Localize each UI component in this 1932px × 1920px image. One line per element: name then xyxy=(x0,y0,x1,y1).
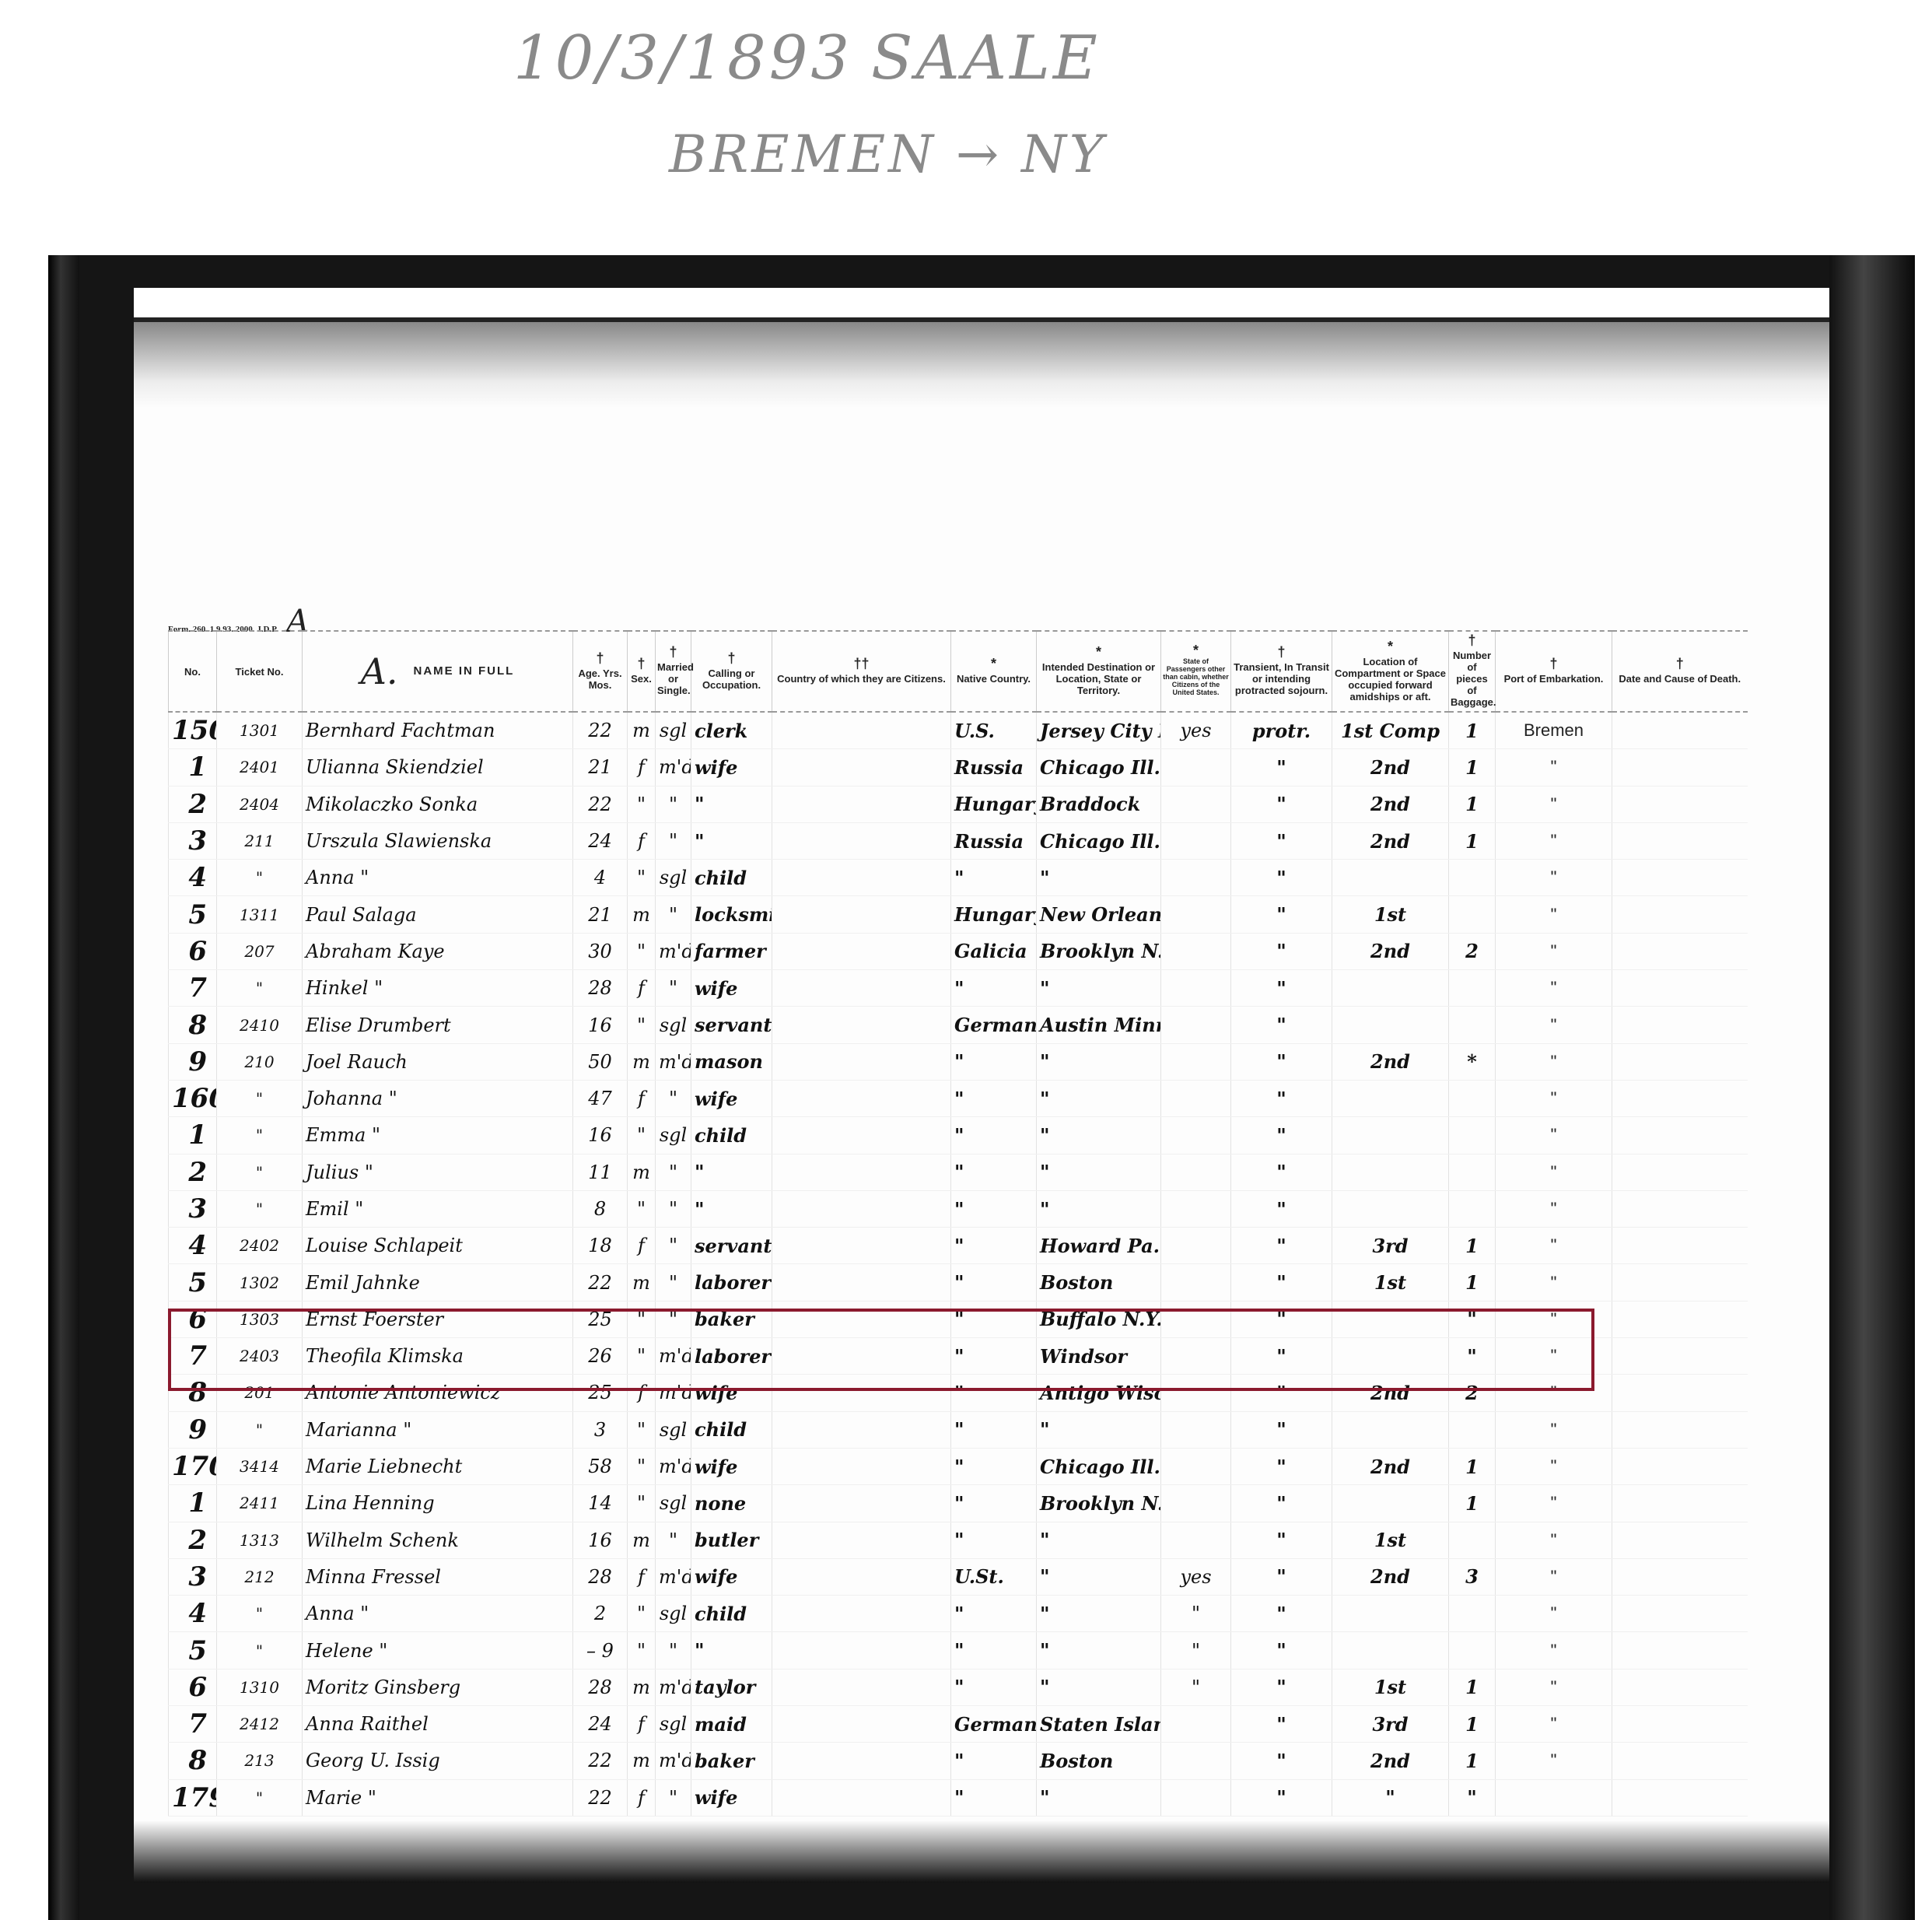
cell-baggage: 1 xyxy=(1449,749,1496,786)
cell-destination: " xyxy=(1037,1522,1161,1558)
cell-ticket: " xyxy=(217,1411,303,1448)
cell-citizen xyxy=(772,970,951,1007)
cell-location xyxy=(1332,1411,1449,1448)
cell-transient: " xyxy=(1231,1669,1332,1705)
cell-no: 9 xyxy=(169,1043,217,1080)
cell-calling: wife xyxy=(691,1080,772,1116)
cell-age: 4 xyxy=(573,860,628,896)
cell-calling: taylor xyxy=(691,1669,772,1705)
cell-port: " xyxy=(1496,1632,1612,1669)
cell-death xyxy=(1612,1411,1748,1448)
cell-age: 28 xyxy=(573,1669,628,1705)
cell-port: " xyxy=(1496,1448,1612,1484)
cell-baggage xyxy=(1449,1154,1496,1190)
cell-citizen xyxy=(772,786,951,822)
cell-no: 3 xyxy=(169,1558,217,1595)
cell-state xyxy=(1161,970,1231,1007)
cell-age: 14 xyxy=(573,1485,628,1522)
cell-name: Hinkel " xyxy=(303,970,573,1007)
cell-state xyxy=(1161,1706,1231,1743)
cell-state xyxy=(1161,1043,1231,1080)
cell-sex: f xyxy=(628,1706,656,1743)
cell-age: 22 xyxy=(573,712,628,749)
table-row: 1703414Marie Liebnecht58"m'dwife"Chicago… xyxy=(169,1448,1748,1484)
cell-no: 5 xyxy=(169,1264,217,1301)
cell-no: 160 xyxy=(169,1080,217,1116)
cell-calling: wife xyxy=(691,1448,772,1484)
cell-baggage: 1 xyxy=(1449,1264,1496,1301)
cell-death xyxy=(1612,1301,1748,1337)
cell-destination: Staten Island xyxy=(1037,1706,1161,1743)
cell-married: " xyxy=(656,1228,691,1264)
cell-destination: " xyxy=(1037,1669,1161,1705)
table-row: 61310Moritz Ginsberg28mm'dtaylor""""1st1… xyxy=(169,1669,1748,1705)
cell-sex: m xyxy=(628,1522,656,1558)
cell-sex: m xyxy=(628,1264,656,1301)
cell-baggage: 1 xyxy=(1449,1485,1496,1522)
cell-no: 7 xyxy=(169,970,217,1007)
cell-port: " xyxy=(1496,1264,1612,1301)
cell-age: 16 xyxy=(573,1522,628,1558)
cell-ticket: 2401 xyxy=(217,749,303,786)
cell-destination: Brooklyn N.Y. xyxy=(1037,933,1161,969)
cell-name: Louise Schlapeit xyxy=(303,1228,573,1264)
cell-native: " xyxy=(951,1632,1037,1669)
col-destination: *Intended Destination or Location, State… xyxy=(1037,631,1161,712)
cell-calling: baker xyxy=(691,1743,772,1779)
cell-port: " xyxy=(1496,1706,1612,1743)
cell-state xyxy=(1161,1779,1231,1816)
asterisk-icon: * xyxy=(1038,646,1159,658)
cell-location xyxy=(1332,1154,1449,1190)
cell-name: Marie Liebnecht xyxy=(303,1448,573,1484)
col-calling: †Calling or Occupation. xyxy=(691,631,772,712)
cell-ticket: " xyxy=(217,860,303,896)
cell-ticket: 207 xyxy=(217,933,303,969)
cell-death xyxy=(1612,1706,1748,1743)
cell-destination: Brooklyn N.Y. xyxy=(1037,1485,1161,1522)
table-row: 22404Mikolaczko Sonka22"""HungaryBraddoc… xyxy=(169,786,1748,822)
cell-port: " xyxy=(1496,1669,1612,1705)
table-row: 2"Julius "11m"""""" xyxy=(169,1154,1748,1190)
cell-no: 8 xyxy=(169,1007,217,1043)
cell-citizen xyxy=(772,1228,951,1264)
cell-calling: " xyxy=(691,1154,772,1190)
cell-port: " xyxy=(1496,1043,1612,1080)
cell-no: 6 xyxy=(169,1669,217,1705)
cell-location xyxy=(1332,1190,1449,1227)
cell-transient: " xyxy=(1231,970,1332,1007)
cell-native: Germany xyxy=(951,1706,1037,1743)
cell-ticket: 1302 xyxy=(217,1264,303,1301)
cell-sex: m xyxy=(628,1154,656,1190)
cell-married: sgl xyxy=(656,860,691,896)
cell-sex: m xyxy=(628,712,656,749)
cell-married: " xyxy=(656,1632,691,1669)
cell-sex: m xyxy=(628,1043,656,1080)
cell-port: " xyxy=(1496,1007,1612,1043)
cell-citizen xyxy=(772,749,951,786)
cell-transient: " xyxy=(1231,1632,1332,1669)
cell-married: " xyxy=(656,1779,691,1816)
cell-death xyxy=(1612,1743,1748,1779)
cell-calling: laborer xyxy=(691,1264,772,1301)
cell-no: 4 xyxy=(169,1228,217,1264)
cell-port: " xyxy=(1496,1596,1612,1632)
cell-state xyxy=(1161,1522,1231,1558)
cell-calling: servant xyxy=(691,1228,772,1264)
cell-age: 22 xyxy=(573,786,628,822)
cell-native: " xyxy=(951,1596,1037,1632)
cell-sex: " xyxy=(628,1485,656,1522)
table-row: 1"Emma "16"sglchild"""" xyxy=(169,1117,1748,1154)
table-row: 42402Louise Schlapeit18f"servant"Howard … xyxy=(169,1228,1748,1264)
table-row: 1501301Bernhard Fachtman22msglclerkU.S.J… xyxy=(169,712,1748,749)
cell-transient: " xyxy=(1231,1448,1332,1484)
cell-calling: wife xyxy=(691,1558,772,1595)
cell-state xyxy=(1161,896,1231,933)
cell-ticket: 2410 xyxy=(217,1007,303,1043)
cell-state xyxy=(1161,1411,1231,1448)
cell-age: 3 xyxy=(573,1411,628,1448)
cell-state: yes xyxy=(1161,712,1231,749)
cell-ticket: " xyxy=(217,1117,303,1154)
cell-age: 22 xyxy=(573,1264,628,1301)
cell-transient: " xyxy=(1231,786,1332,822)
cell-name: Moritz Ginsberg xyxy=(303,1669,573,1705)
cell-citizen xyxy=(772,1632,951,1669)
cell-port: " xyxy=(1496,1190,1612,1227)
cell-calling: " xyxy=(691,1632,772,1669)
cell-destination: Chicago Ill. xyxy=(1037,749,1161,786)
cell-baggage xyxy=(1449,1596,1496,1632)
cell-citizen xyxy=(772,1485,951,1522)
cell-citizen xyxy=(772,1448,951,1484)
cell-native: " xyxy=(951,1522,1037,1558)
cell-married: m'd xyxy=(656,1669,691,1705)
cell-calling: butler xyxy=(691,1522,772,1558)
cell-baggage xyxy=(1449,1632,1496,1669)
cell-name: Abraham Kaye xyxy=(303,933,573,969)
cell-age: 16 xyxy=(573,1007,628,1043)
cell-transient: " xyxy=(1231,1706,1332,1743)
cell-death xyxy=(1612,1596,1748,1632)
cell-ticket: 213 xyxy=(217,1743,303,1779)
cell-citizen xyxy=(772,1743,951,1779)
cell-age: 30 xyxy=(573,933,628,969)
cell-sex: " xyxy=(628,860,656,896)
dagger-icon: † xyxy=(1233,646,1330,658)
table-row: 179"Marie "22f"wife""""" xyxy=(169,1779,1748,1816)
cell-destination: " xyxy=(1037,1779,1161,1816)
cell-transient: " xyxy=(1231,1596,1332,1632)
cell-citizen xyxy=(772,1522,951,1558)
cell-state xyxy=(1161,1743,1231,1779)
cell-state xyxy=(1161,1117,1231,1154)
cell-name: Lina Henning xyxy=(303,1485,573,1522)
cell-death xyxy=(1612,1154,1748,1190)
dagger-icon: † xyxy=(1451,635,1493,646)
cell-native: Germany xyxy=(951,1007,1037,1043)
cell-ticket: " xyxy=(217,1779,303,1816)
cell-citizen xyxy=(772,860,951,896)
highlight-box xyxy=(168,1309,1594,1391)
cell-sex: m xyxy=(628,1743,656,1779)
cell-native: " xyxy=(951,1779,1037,1816)
cell-port: " xyxy=(1496,749,1612,786)
cell-married: " xyxy=(656,1190,691,1227)
cell-sex: " xyxy=(628,933,656,969)
cell-name: Georg U. Issig xyxy=(303,1743,573,1779)
cell-name: Marianna " xyxy=(303,1411,573,1448)
col-state: *State of Passengers other than cabin, w… xyxy=(1161,631,1231,712)
cell-transient: " xyxy=(1231,1411,1332,1448)
cell-citizen xyxy=(772,1154,951,1190)
cell-transient: " xyxy=(1231,1558,1332,1595)
cell-no: 150 xyxy=(169,712,217,749)
cell-location: 2nd xyxy=(1332,1558,1449,1595)
cell-married: sgl xyxy=(656,712,691,749)
cell-death xyxy=(1612,1228,1748,1264)
cell-destination: " xyxy=(1037,1117,1161,1154)
cell-death xyxy=(1612,1043,1748,1080)
col-location: *Location of Compartment or Space occupi… xyxy=(1332,631,1449,712)
table-row: 7"Hinkel "28f"wife"""" xyxy=(169,970,1748,1007)
cell-death xyxy=(1612,1779,1748,1816)
cell-no: 1 xyxy=(169,1117,217,1154)
cell-death xyxy=(1612,896,1748,933)
cell-citizen xyxy=(772,1596,951,1632)
cell-married: " xyxy=(656,970,691,1007)
cell-port: " xyxy=(1496,1485,1612,1522)
cell-name: Emil Jahnke xyxy=(303,1264,573,1301)
cell-sex: f xyxy=(628,1558,656,1595)
cell-married: m'd xyxy=(656,933,691,969)
manifest-rows: 1501301Bernhard Fachtman22msglclerkU.S.J… xyxy=(169,712,1748,1816)
cell-age: 16 xyxy=(573,1117,628,1154)
table-row: 4"Anna "4"sglchild"""" xyxy=(169,860,1748,896)
cell-age: 11 xyxy=(573,1154,628,1190)
cell-citizen xyxy=(772,896,951,933)
cell-native: " xyxy=(951,1190,1037,1227)
cell-sex: " xyxy=(628,786,656,822)
cell-sex: " xyxy=(628,1632,656,1669)
cell-citizen xyxy=(772,822,951,859)
cell-death xyxy=(1612,786,1748,822)
cell-destination: " xyxy=(1037,970,1161,1007)
cell-calling: " xyxy=(691,786,772,822)
cell-native: U.St. xyxy=(951,1558,1037,1595)
cell-port: " xyxy=(1496,860,1612,896)
handwritten-route: BREMEN → NY xyxy=(669,124,1106,184)
cell-no: 179 xyxy=(169,1779,217,1816)
cell-state xyxy=(1161,1154,1231,1190)
cell-name: Elise Drumbert xyxy=(303,1007,573,1043)
table-row: 160"Johanna "47f"wife"""" xyxy=(169,1080,1748,1116)
cell-no: 5 xyxy=(169,896,217,933)
cell-location xyxy=(1332,1117,1449,1154)
table-row: 12401Ulianna Skiendziel21fm'dwifeRussiaC… xyxy=(169,749,1748,786)
cell-sex: m xyxy=(628,896,656,933)
table-row: 5"Helene "– 9"""""""" xyxy=(169,1632,1748,1669)
cell-sex: f xyxy=(628,822,656,859)
dagger-icon: † xyxy=(1497,658,1610,670)
cell-married: " xyxy=(656,1154,691,1190)
cell-baggage: 1 xyxy=(1449,1448,1496,1484)
cell-death xyxy=(1612,1522,1748,1558)
cell-death xyxy=(1612,1448,1748,1484)
cell-port: " xyxy=(1496,896,1612,933)
col-baggage: †Number of pieces of Baggage. xyxy=(1449,631,1496,712)
cell-name: Urszula Slawienska xyxy=(303,822,573,859)
cell-native: Russia xyxy=(951,822,1037,859)
table-row: 82410Elise Drumbert16"sglservantGermanyA… xyxy=(169,1007,1748,1043)
cell-death xyxy=(1612,933,1748,969)
table-row: 51311Paul Salaga21m"locksmithHungaryNew … xyxy=(169,896,1748,933)
cell-ticket: " xyxy=(217,1154,303,1190)
cell-ticket: " xyxy=(217,1632,303,1669)
cell-no: 5 xyxy=(169,1632,217,1669)
cell-location: 2nd xyxy=(1332,933,1449,969)
cell-citizen xyxy=(772,712,951,749)
cell-location xyxy=(1332,970,1449,1007)
cell-transient: " xyxy=(1231,1522,1332,1558)
col-death: †Date and Cause of Death. xyxy=(1612,631,1748,712)
cell-native: " xyxy=(951,1080,1037,1116)
cell-location: 2nd xyxy=(1332,1743,1449,1779)
cell-transient: " xyxy=(1231,933,1332,969)
cell-sex: f xyxy=(628,1779,656,1816)
cell-destination: " xyxy=(1037,1154,1161,1190)
cell-baggage: 1 xyxy=(1449,822,1496,859)
cell-age: 28 xyxy=(573,1558,628,1595)
cell-location xyxy=(1332,860,1449,896)
cell-destination: Boston xyxy=(1037,1743,1161,1779)
cell-no: 2 xyxy=(169,1154,217,1190)
cell-port: " xyxy=(1496,1228,1612,1264)
cell-baggage xyxy=(1449,1190,1496,1227)
cell-ticket: " xyxy=(217,1080,303,1116)
cell-destination: " xyxy=(1037,1558,1161,1595)
cell-baggage xyxy=(1449,1411,1496,1448)
cell-location: 3rd xyxy=(1332,1706,1449,1743)
scan-shadow xyxy=(134,322,1876,408)
scan-shadow-bottom xyxy=(134,1820,1876,1883)
cell-married: " xyxy=(656,822,691,859)
cell-ticket: 1311 xyxy=(217,896,303,933)
cell-baggage xyxy=(1449,1080,1496,1116)
cell-name: Paul Salaga xyxy=(303,896,573,933)
cell-location xyxy=(1332,1485,1449,1522)
cell-no: 3 xyxy=(169,1190,217,1227)
cell-native: Russia xyxy=(951,749,1037,786)
cell-calling: child xyxy=(691,1411,772,1448)
cell-death xyxy=(1612,1558,1748,1595)
cell-death xyxy=(1612,860,1748,896)
cell-name: Emma " xyxy=(303,1117,573,1154)
cell-citizen xyxy=(772,933,951,969)
paper-top-edge xyxy=(134,288,1876,322)
name-mark: A. xyxy=(361,650,398,692)
cell-native: U.S. xyxy=(951,712,1037,749)
cell-death xyxy=(1612,712,1748,749)
cell-native: " xyxy=(951,1264,1037,1301)
cell-state xyxy=(1161,1007,1231,1043)
dagger-icon: † xyxy=(629,658,653,670)
cell-calling: " xyxy=(691,1190,772,1227)
cell-calling: mason xyxy=(691,1043,772,1080)
cell-location: 2nd xyxy=(1332,1448,1449,1484)
table-row: 3"Emil "8""""""" xyxy=(169,1190,1748,1227)
cell-sex: f xyxy=(628,749,656,786)
cell-calling: clerk xyxy=(691,712,772,749)
cell-married: sgl xyxy=(656,1596,691,1632)
cell-sex: " xyxy=(628,1117,656,1154)
cell-location xyxy=(1332,1596,1449,1632)
cell-sex: f xyxy=(628,970,656,1007)
cell-destination: New Orleans xyxy=(1037,896,1161,933)
cell-name: Ulianna Skiendziel xyxy=(303,749,573,786)
cell-state xyxy=(1161,1080,1231,1116)
cell-sex: m xyxy=(628,1669,656,1705)
cell-no: 1 xyxy=(169,1485,217,1522)
cell-state xyxy=(1161,749,1231,786)
cell-married: sgl xyxy=(656,1706,691,1743)
cell-state xyxy=(1161,1485,1231,1522)
cell-port: " xyxy=(1496,1154,1612,1190)
cell-ticket: 2412 xyxy=(217,1706,303,1743)
cell-native: " xyxy=(951,1485,1037,1522)
table-row: 8213Georg U. Issig22mm'dbaker"Boston"2nd… xyxy=(169,1743,1748,1779)
cell-destination: " xyxy=(1037,1411,1161,1448)
cell-baggage: 1 xyxy=(1449,1228,1496,1264)
cell-ticket: 210 xyxy=(217,1043,303,1080)
cell-sex: " xyxy=(628,1596,656,1632)
cell-baggage xyxy=(1449,1007,1496,1043)
cell-calling: wife xyxy=(691,1779,772,1816)
handwritten-ship-name: SAALE xyxy=(871,23,1101,93)
cell-no: 6 xyxy=(169,933,217,969)
handwritten-date: 10/3/1893 xyxy=(513,23,852,93)
cell-death xyxy=(1612,749,1748,786)
cell-married: " xyxy=(656,1080,691,1116)
cell-death xyxy=(1612,1080,1748,1116)
cell-location: 1st xyxy=(1332,1522,1449,1558)
cell-citizen xyxy=(772,1264,951,1301)
cell-name: Marie " xyxy=(303,1779,573,1816)
cell-age: 50 xyxy=(573,1043,628,1080)
cell-location: 1st xyxy=(1332,1264,1449,1301)
cell-native: Hungary xyxy=(951,786,1037,822)
col-no: No. xyxy=(169,631,217,712)
cell-married: " xyxy=(656,786,691,822)
cell-no: 7 xyxy=(169,1706,217,1743)
cell-transient: " xyxy=(1231,860,1332,896)
cell-location: 2nd xyxy=(1332,749,1449,786)
col-sex: †Sex. xyxy=(628,631,656,712)
cell-state xyxy=(1161,1190,1231,1227)
col-name: A.NAME IN FULL xyxy=(303,631,573,712)
cell-baggage xyxy=(1449,1117,1496,1154)
cell-native: " xyxy=(951,1411,1037,1448)
cell-destination: Braddock xyxy=(1037,786,1161,822)
cell-married: m'd xyxy=(656,1448,691,1484)
cell-transient: " xyxy=(1231,822,1332,859)
cell-citizen xyxy=(772,1117,951,1154)
cell-age: 28 xyxy=(573,970,628,1007)
cell-name: Anna " xyxy=(303,1596,573,1632)
col-married: †Married or Single. xyxy=(656,631,691,712)
